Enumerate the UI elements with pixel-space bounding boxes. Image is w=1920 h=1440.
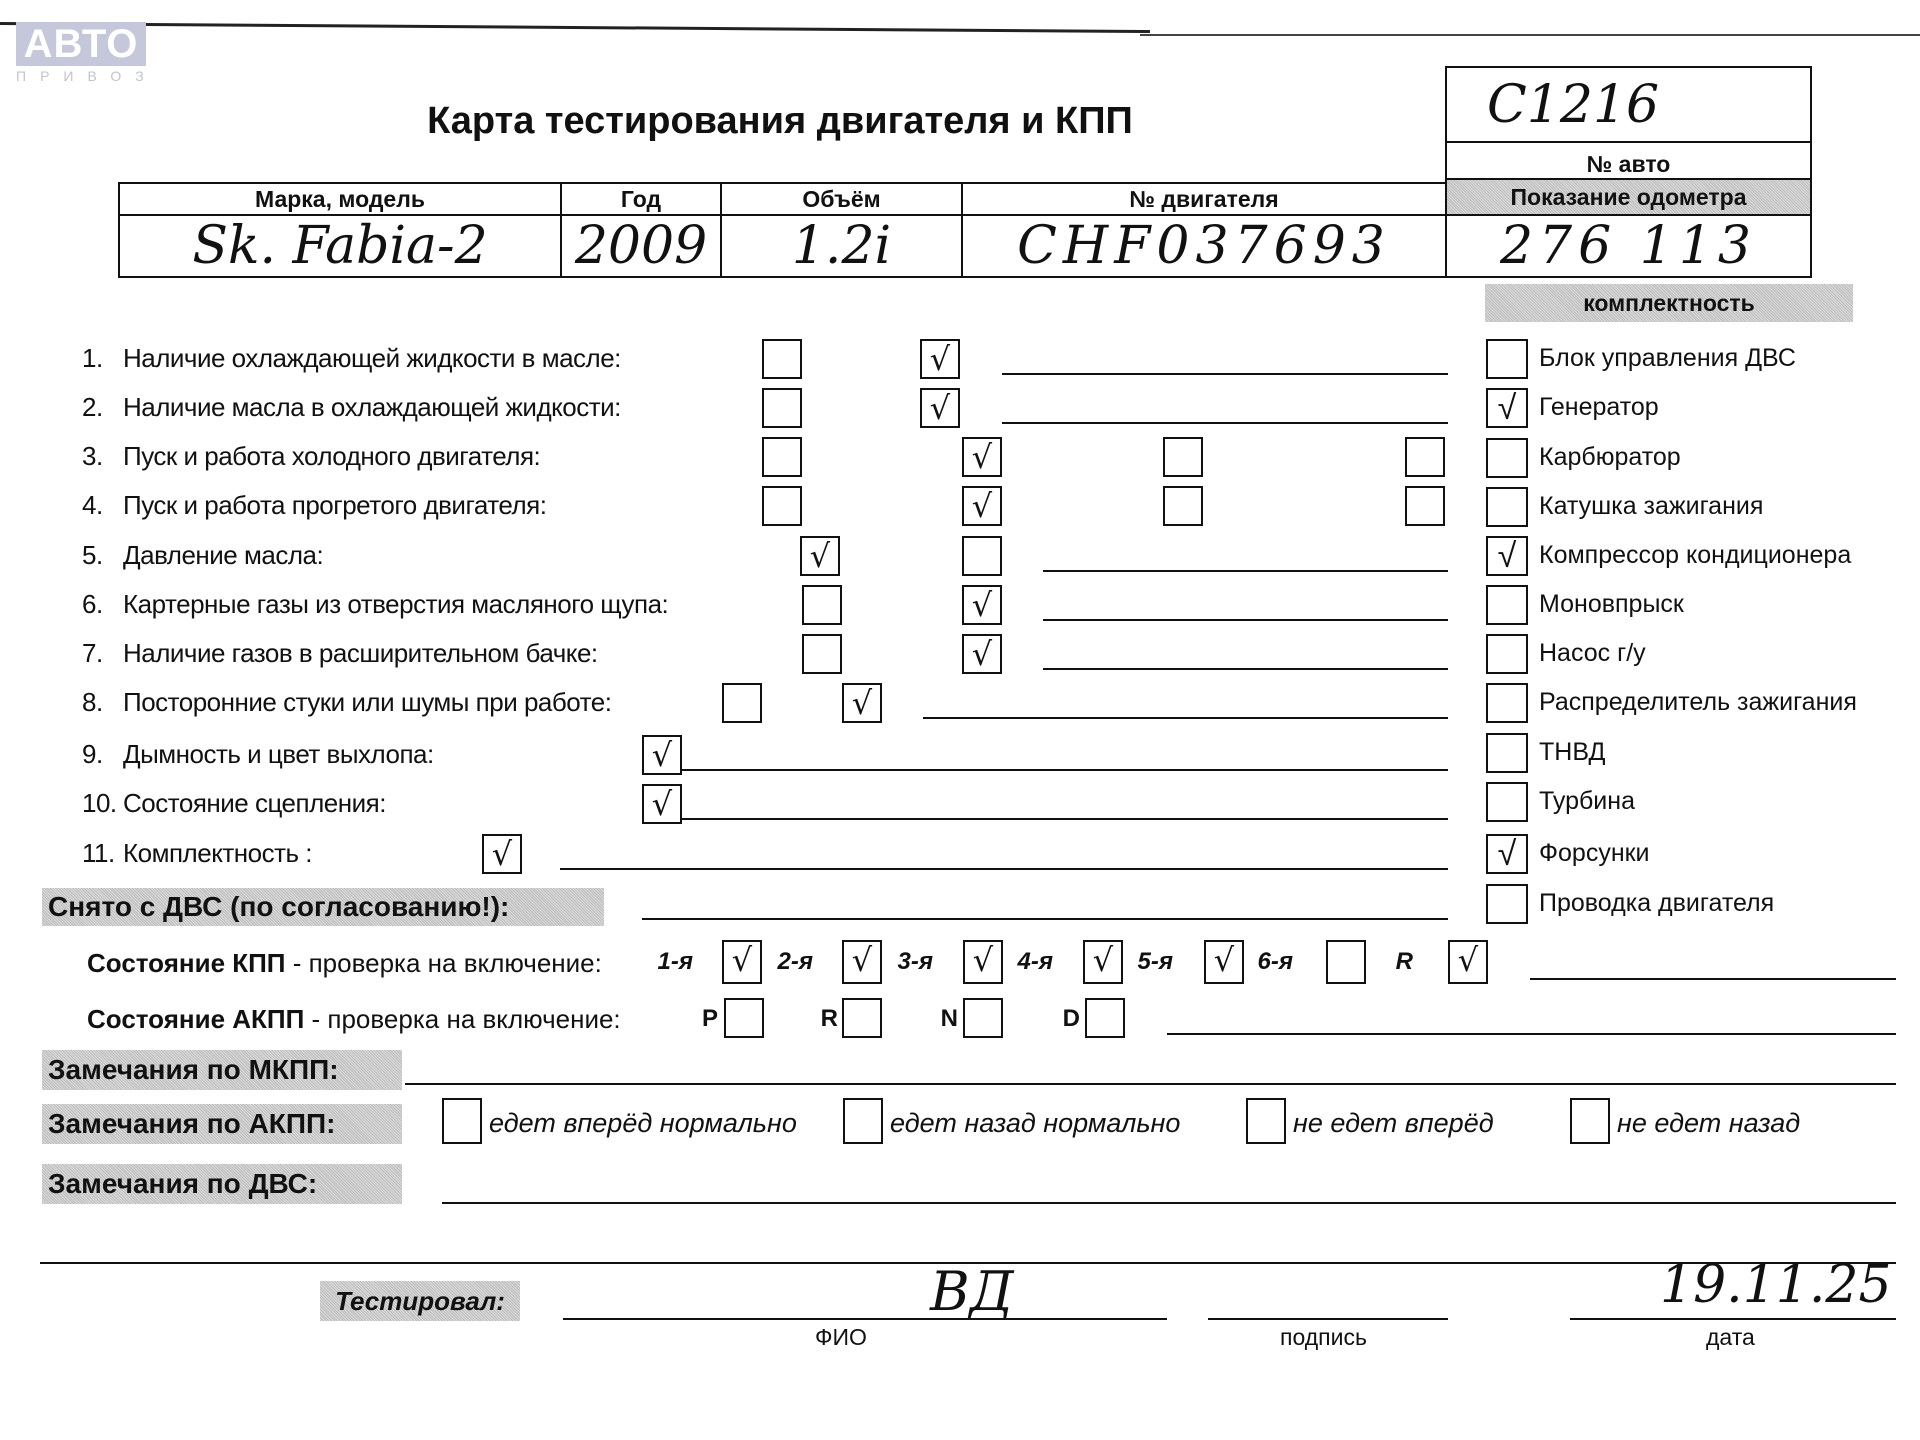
option-checkbox[interactable]: √	[962, 437, 1002, 477]
item-label: Наличие охлаждающей жидкости в масле:	[123, 343, 621, 374]
notes-line[interactable]	[1043, 619, 1448, 621]
notes-line[interactable]	[682, 818, 1448, 820]
gear-checkbox[interactable]: √	[1083, 940, 1123, 984]
header-col-year: Год	[560, 182, 722, 216]
position-label: P	[702, 1005, 718, 1033]
completeness-label: Блок управления ДВС	[1539, 344, 1796, 373]
item-number: 11.	[82, 838, 122, 869]
remarks-engine-label: Замечания по ДВС:	[42, 1164, 402, 1204]
option-checkbox[interactable]: √	[920, 388, 960, 428]
remark-option-label: едет вперёд нормально	[489, 1108, 797, 1139]
page-title: Карта тестирования двигателя и КПП	[380, 100, 1180, 143]
completeness-checkbox[interactable]	[1486, 438, 1528, 478]
item-number: 4.	[82, 490, 122, 521]
auto-gearbox-label: Состояние АКПП - проверка на включение:	[87, 1004, 621, 1035]
item-label: Посторонние стуки или шумы при работе:	[123, 687, 611, 718]
auto-number-label: № авто	[1445, 141, 1812, 180]
logo: АВТО	[16, 22, 146, 66]
completeness-checkbox[interactable]	[1486, 487, 1528, 527]
item-number: 3.	[82, 441, 122, 472]
completeness-label: Форсунки	[1539, 839, 1650, 868]
option-checkbox[interactable]: √	[642, 735, 682, 775]
position-checkbox[interactable]	[963, 998, 1003, 1038]
gear-label: 4-я	[1018, 948, 1053, 976]
gear-checkbox[interactable]: √	[1204, 940, 1244, 984]
option-checkbox[interactable]	[1405, 486, 1445, 526]
completeness-checkbox[interactable]	[1486, 884, 1528, 924]
gear-checkbox[interactable]: √	[842, 940, 882, 984]
remarks-auto-label: Замечания по АКПП:	[42, 1104, 402, 1144]
option-checkbox[interactable]	[1163, 437, 1203, 477]
gear-label: 1-я	[658, 948, 693, 976]
option-checkbox[interactable]: √	[962, 585, 1002, 625]
completeness-label: ТНВД	[1539, 738, 1605, 767]
option-checkbox[interactable]	[802, 585, 842, 625]
remark-checkbox[interactable]	[843, 1098, 883, 1144]
gear-checkbox[interactable]: √	[963, 940, 1003, 984]
auto-number-value[interactable]: C1216	[1445, 66, 1812, 143]
notes-line[interactable]	[1002, 373, 1448, 375]
completeness-checkbox[interactable]: √	[1486, 834, 1528, 874]
item-number: 7.	[82, 638, 122, 669]
signature-label: подпись	[1280, 1324, 1367, 1351]
item-label: Пуск и работа прогретого двигателя:	[123, 490, 546, 521]
model-value[interactable]: Sk. Fabia-2	[118, 214, 562, 278]
item-number: 8.	[82, 687, 122, 718]
position-label: D	[1063, 1005, 1080, 1033]
item-label: Состояние сцепления:	[123, 788, 386, 819]
header-col-engine-number: № двигателя	[961, 182, 1447, 216]
auto-gearbox-line[interactable]	[1167, 1033, 1896, 1035]
notes-line[interactable]	[1043, 570, 1448, 572]
completeness-label: Карбюратор	[1539, 443, 1681, 472]
gear-label: R	[1396, 948, 1413, 976]
odometer-value[interactable]: 276 113	[1445, 214, 1812, 278]
notes-line[interactable]	[923, 717, 1448, 719]
option-checkbox[interactable]	[962, 536, 1002, 576]
item-number: 1.	[82, 343, 122, 374]
item-number: 6.	[82, 589, 122, 620]
item-number: 5.	[82, 540, 122, 571]
fio-line[interactable]	[563, 1318, 1167, 1320]
header-col-volume: Объём	[720, 182, 963, 216]
completeness-label: Насос г/у	[1539, 639, 1646, 668]
completeness-checkbox[interactable]	[1486, 683, 1528, 723]
position-checkbox[interactable]	[1085, 998, 1125, 1038]
completeness-checkbox[interactable]	[1486, 634, 1528, 674]
completeness-label: Турбина	[1539, 787, 1635, 816]
notes-line[interactable]	[682, 769, 1448, 771]
item-label: Дымность и цвет выхлопа:	[123, 739, 434, 770]
item-label: Наличие газов в расширительном бачке:	[123, 638, 598, 669]
remarks-manual-label: Замечания по МКПП:	[42, 1050, 402, 1090]
remark-option-label: не едет назад	[1617, 1108, 1800, 1139]
remarks-engine-line[interactable]	[442, 1202, 1896, 1204]
completeness-checkbox[interactable]	[1486, 782, 1528, 822]
header-col-model: Марка, модель	[118, 182, 562, 216]
remark-checkbox[interactable]	[1246, 1098, 1286, 1144]
option-checkbox[interactable]: √	[800, 536, 840, 576]
gear-label: 3-я	[898, 948, 933, 976]
position-checkbox[interactable]	[724, 998, 764, 1038]
remarks-manual-line[interactable]	[405, 1083, 1896, 1085]
remark-checkbox[interactable]	[1570, 1098, 1610, 1144]
item-number: 2.	[82, 392, 122, 423]
top-scan-line	[1140, 34, 1920, 36]
gear-checkbox[interactable]: √	[722, 940, 762, 984]
position-label: N	[941, 1005, 958, 1033]
completeness-checkbox[interactable]: √	[1486, 536, 1528, 576]
notes-line[interactable]	[1043, 668, 1448, 670]
item-label: Пуск и работа холодного двигателя:	[123, 441, 540, 472]
tested-label: Тестировал:	[320, 1281, 520, 1321]
option-checkbox[interactable]	[762, 388, 802, 428]
option-checkbox[interactable]: √	[962, 634, 1002, 674]
option-checkbox[interactable]	[762, 437, 802, 477]
option-checkbox[interactable]	[802, 634, 842, 674]
removed-line[interactable]	[642, 918, 1448, 920]
date-value[interactable]: 19.11.25	[1660, 1255, 1892, 1315]
manual-gearbox-line[interactable]	[1530, 978, 1896, 980]
option-checkbox[interactable]	[762, 339, 802, 379]
item-label: Наличие масла в охлаждающей жидкости:	[123, 392, 621, 423]
completeness-checkbox[interactable]	[1486, 585, 1528, 625]
item-label: Комплектность :	[123, 838, 312, 869]
option-checkbox[interactable]: √	[642, 784, 682, 824]
option-checkbox[interactable]: √	[482, 834, 522, 874]
gear-label: 5-я	[1138, 948, 1173, 976]
manual-gearbox-label: Состояние КПП - проверка на включение:	[87, 948, 602, 979]
gear-checkbox[interactable]: √	[1448, 940, 1488, 984]
completeness-label: Катушка зажигания	[1539, 492, 1763, 521]
completeness-checkbox[interactable]	[1486, 339, 1528, 379]
removed-label: Снято с ДВС (по согласованию!):	[42, 888, 604, 926]
remark-checkbox[interactable]	[442, 1098, 482, 1144]
odometer-label: Показание одометра	[1445, 178, 1812, 216]
item-label: Давление масла:	[123, 540, 323, 571]
completeness-checkbox[interactable]: √	[1486, 388, 1528, 428]
item-label: Картерные газы из отверстия масляного щу…	[123, 589, 668, 620]
signature-line[interactable]	[1208, 1318, 1448, 1320]
option-checkbox[interactable]	[722, 683, 762, 723]
completeness-label: Распределитель зажигания	[1539, 688, 1857, 717]
logo-subtitle: ПРИВОЗ	[16, 68, 150, 84]
year-value[interactable]: 2009	[560, 214, 722, 278]
completeness-label: Компрессор кондиционера	[1539, 541, 1851, 570]
gear-label: 2-я	[778, 948, 813, 976]
option-checkbox[interactable]	[1163, 486, 1203, 526]
option-checkbox[interactable]: √	[842, 683, 882, 723]
completeness-label: Проводка двигателя	[1539, 889, 1774, 918]
gear-checkbox[interactable]	[1326, 940, 1366, 984]
top-scan-line	[0, 22, 1150, 33]
option-checkbox[interactable]	[1405, 437, 1445, 477]
volume-value[interactable]: 1.2i	[720, 214, 963, 278]
date-line[interactable]	[1570, 1318, 1896, 1320]
gear-label: 6-я	[1258, 948, 1293, 976]
completeness-label: Моновпрыск	[1539, 590, 1684, 619]
date-label: дата	[1706, 1324, 1755, 1351]
position-label: R	[821, 1005, 838, 1033]
item-number: 10.	[82, 788, 122, 819]
notes-line[interactable]	[560, 868, 1448, 870]
position-checkbox[interactable]	[842, 998, 882, 1038]
remark-option-label: едет назад нормально	[890, 1108, 1180, 1139]
notes-line[interactable]	[1002, 422, 1448, 424]
engine-number-value[interactable]: CHF037693	[961, 214, 1447, 278]
fio-value[interactable]: ВД	[930, 1260, 1014, 1323]
completeness-checkbox[interactable]	[1486, 733, 1528, 773]
option-checkbox[interactable]	[762, 486, 802, 526]
completeness-title: комплектность	[1485, 284, 1853, 322]
option-checkbox[interactable]: √	[920, 339, 960, 379]
completeness-label: Генератор	[1539, 393, 1659, 422]
remark-option-label: не едет вперёд	[1293, 1108, 1494, 1139]
item-number: 9.	[82, 739, 122, 770]
fio-label: ФИО	[815, 1324, 867, 1351]
option-checkbox[interactable]: √	[962, 486, 1002, 526]
